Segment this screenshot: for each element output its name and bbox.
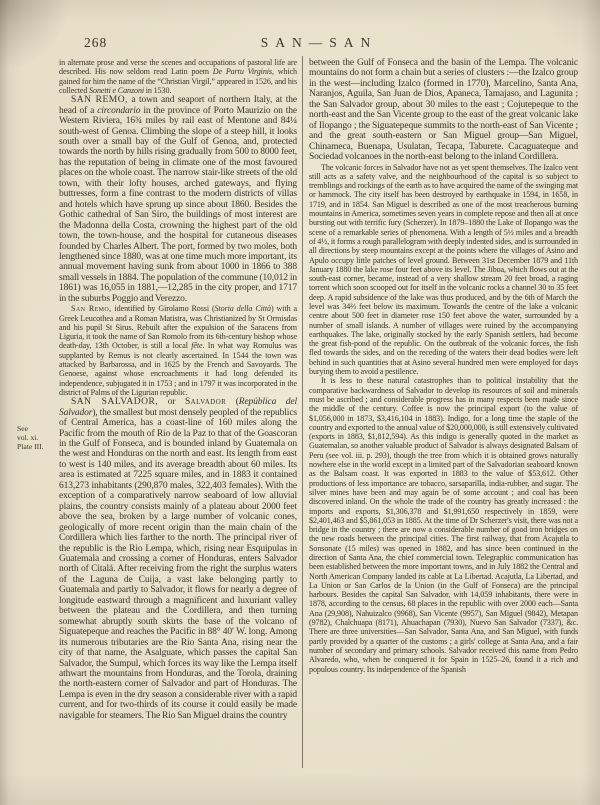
paragraph-san-remo: San Remo, a town and seaport of northern…	[59, 95, 297, 304]
marginal-note-line: vol. xi.	[17, 433, 57, 442]
text-run: or	[158, 397, 185, 407]
paragraph-volcano-groups: between the Gulf of Fonseca and the basi…	[309, 58, 578, 163]
italic-title: De Partu Virginis	[213, 67, 272, 76]
right-column: between the Gulf of Fonseca and the basi…	[309, 58, 578, 774]
headword-san-remo-note: San Remo,	[71, 304, 112, 313]
paragraph-san-salvador: San Salvador, or Salvador (República del…	[59, 397, 297, 721]
marginal-note-line: Plate III.	[17, 442, 57, 451]
paragraph-sannazaro-continuation: in alternate prose and verse the scenes …	[59, 58, 297, 95]
italic-title: Sonetti e Canzoni	[89, 86, 144, 95]
text-run: The volcanic forces in Salvador have not…	[309, 163, 578, 377]
paragraph-trade-progress-note: It is less to these natural catastrophes…	[309, 376, 578, 674]
headword-san-remo: San Remo,	[71, 95, 128, 105]
italic-term: circondario	[97, 106, 140, 116]
text-run: . In what way Romulus was supplanted by …	[59, 341, 297, 396]
text-run: in 1530.	[144, 86, 171, 95]
scanned-encyclopedia-page: 268 SAN—SAN See vol. xi. Plate III. in a…	[0, 0, 600, 805]
paragraph-volcanic-forces-note: The volcanic forces in Salvador have not…	[309, 163, 578, 377]
italic-term: fête	[191, 341, 202, 350]
marginal-note: See vol. xi. Plate III.	[17, 424, 57, 452]
text-run: (	[226, 397, 239, 407]
left-column: in alternate prose and verse the scenes …	[59, 58, 297, 774]
text-run: ), the smallest but most densely peopled…	[59, 408, 297, 721]
paragraph-san-remo-history-note: San Remo, identified by Girolamo Rossi (…	[59, 304, 297, 397]
text-run: between the Gulf of Fonseca and the basi…	[309, 58, 578, 162]
text-run: identified by Girolamo Rossi (	[112, 304, 215, 313]
column-rule	[302, 56, 303, 768]
marginal-note-line: See	[17, 424, 57, 433]
running-head-title: SAN—SAN	[60, 35, 578, 51]
headword-san-salvador: San Salvador,	[71, 397, 158, 407]
text-run: in the province of Porto Maurizio on the…	[59, 106, 297, 304]
text-run: It is less to these natural catastrophes…	[309, 376, 578, 673]
headword-salvador-variant: Salvador	[185, 397, 226, 407]
italic-title: Storia della Città	[215, 304, 271, 313]
